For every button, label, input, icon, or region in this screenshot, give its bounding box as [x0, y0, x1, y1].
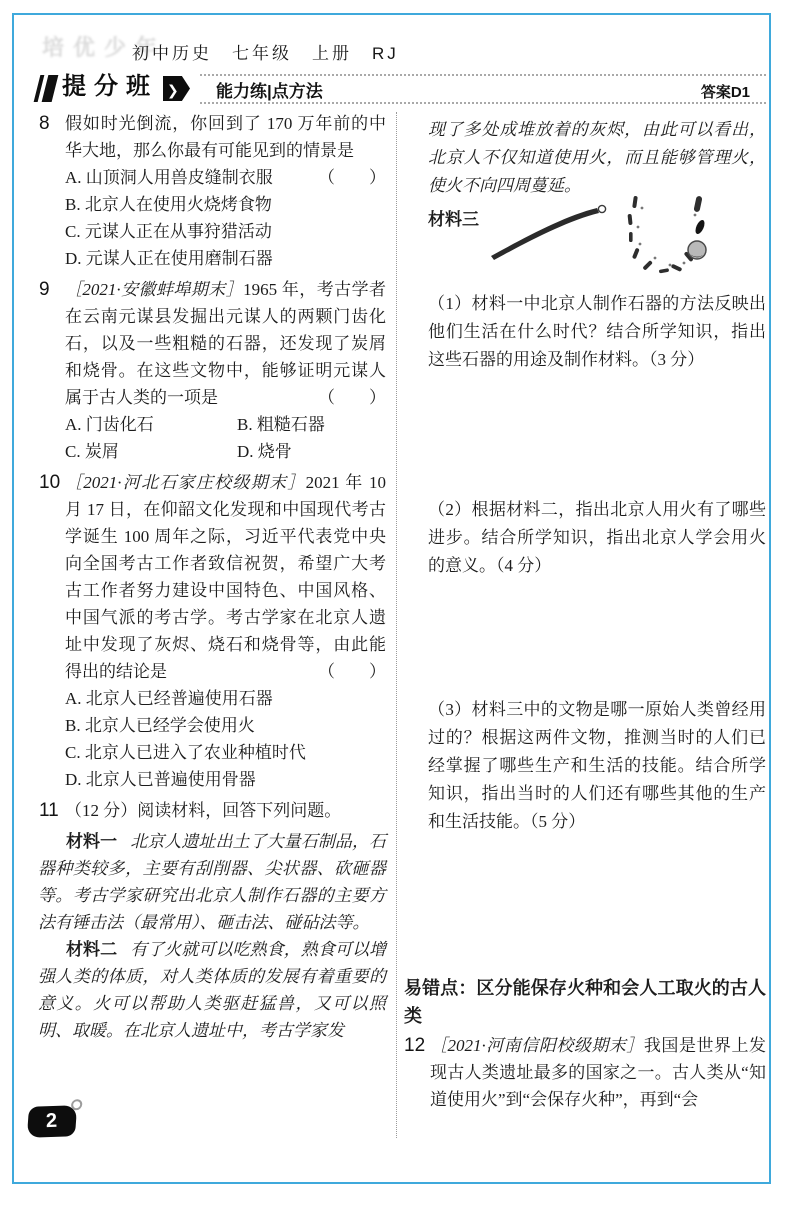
option-item: B. 北京人已经学会使用火: [65, 712, 386, 739]
question-stem: ［2021·河北石家庄校级期末］2021 年 10 月 17 日，在仰韶文化发现…: [65, 469, 386, 685]
question-10: 10 ［2021·河北石家庄校级期末］2021 年 10 月 17 日，在仰韶文…: [38, 469, 386, 793]
question-number: 10: [39, 469, 60, 496]
sub-question-2: （2）根据材料二，指出北京人用火有了哪些进步。结合所学知识，指出北京人学会用火的…: [428, 496, 766, 580]
error-point-heading: 易错点：区分能保存火种和会人工取火的古人类: [404, 974, 766, 1030]
question-stem: ［2021·安徽蚌埠期末］1965 年，考古学者在云南元谋县发掘出元谋人的两颗门…: [65, 276, 386, 411]
arrow-right-icon: [163, 76, 190, 101]
option-item: C. 北京人已进入了农业种植时代: [65, 739, 386, 766]
course-title: 初中历史 七年级 上册 RJ: [132, 40, 399, 67]
answer-reference: 答案D1: [701, 79, 750, 106]
left-column: 8 假如时光倒流，你回到了 170 万年前的中华大地，那么你最有可能见到的情景是…: [38, 110, 386, 1044]
question-stem: 假如时光倒流，你回到了 170 万年前的中华大地，那么你最有可能见到的情景是（ …: [65, 110, 386, 164]
dotted-rule: [200, 74, 766, 76]
question-stem: ［2021·河南信阳校级期末］我国是世界上发现古人类遗址最多的国家之一。古人类从…: [430, 1032, 766, 1113]
bone-needle-image: [488, 200, 614, 262]
sub-question-3: （3）材料三中的文物是哪一原始人类曾经用过的？根据这两件文物，推测当时的人们已经…: [428, 696, 766, 836]
question-number: 8: [39, 110, 50, 137]
option-item: A. 北京人已经普遍使用石器: [65, 685, 386, 712]
sub-question-1: （1）材料一中北京人制作石器的方法反映出他们生活在什么时代？结合所学知识，指出这…: [428, 290, 766, 374]
banner-brand-title: 提分班: [62, 73, 158, 100]
question-11: 11 （12 分）阅读材料，回答下列问题。: [38, 797, 386, 824]
option-item: C. 炭屑: [65, 438, 237, 465]
question-source: ［2021·安徽蚌埠期末］: [65, 280, 243, 299]
option-item: D. 北京人已普遍使用骨器: [65, 766, 386, 793]
option-item: C. 元谋人正在从事狩猎活动: [65, 218, 386, 245]
question-number: 11: [39, 797, 59, 824]
question-source: ［2021·河北石家庄校级期末］: [65, 473, 306, 492]
option-item: A. 门齿化石: [65, 411, 237, 438]
ornament-necklace-image: [618, 194, 712, 284]
question-8: 8 假如时光倒流，你回到了 170 万年前的中华大地，那么你最有可能见到的情景是…: [38, 110, 386, 272]
stem-text: 假如时光倒流，你回到了 170 万年前的中华大地，那么你最有可能见到的情景是: [65, 114, 386, 160]
material-label: 材料一: [66, 832, 117, 851]
question-source: ［2021·河南信阳校级期末］: [430, 1036, 644, 1055]
question-number: 12: [404, 1032, 425, 1059]
question-number: 9: [39, 276, 50, 303]
page-number: 2: [46, 1108, 58, 1135]
option-item: B. 北京人在使用火烧烤食物: [65, 191, 386, 218]
option-item: B. 粗糙石器: [237, 411, 386, 438]
option-item: D. 元谋人正在使用磨制石器: [65, 245, 386, 272]
material-one: 材料一北京人遗址出土了大量石制品，石器种类较多，主要有刮削器、尖状器、砍砸器等。…: [38, 828, 386, 936]
answer-bracket: （ ）: [318, 164, 386, 191]
stem-text: 2021 年 10 月 17 日，在仰韶文化发现和中国现代考古学诞生 100 周…: [65, 473, 386, 681]
banner-module-title: 能力练|点方法: [216, 78, 323, 105]
right-column: 现了多处成堆放着的灰烬，由此可以看出，北京人不仅知道使用火，而且能够管理火，使火…: [404, 110, 766, 1155]
material-two: 材料二有了火就可以吃熟食，熟食可以增强人类的体质，对人类体质的发展有着重要的意义…: [38, 936, 386, 1044]
section-banner: 提分班 能力练|点方法 答案D1: [0, 70, 790, 112]
page-number-badge: 2: [27, 1105, 77, 1138]
material-two-continued: 现了多处成堆放着的灰烬，由此可以看出，北京人不仅知道使用火，而且能够管理火，使火…: [428, 116, 766, 200]
question-9: 9 ［2021·安徽蚌埠期末］1965 年，考古学者在云南元谋县发掘出元谋人的两…: [38, 276, 386, 465]
option-grid: A. 门齿化石 B. 粗糙石器 C. 炭屑 D. 烧骨: [65, 411, 386, 465]
answer-bracket: （ ）: [318, 384, 386, 411]
material-label: 材料二: [66, 940, 117, 959]
question-stem: （12 分）阅读材料，回答下列问题。: [65, 797, 386, 824]
column-divider: [396, 112, 397, 1138]
brand-stripe-icon: [42, 75, 59, 102]
option-item: D. 烧骨: [237, 438, 386, 465]
answer-bracket: （ ）: [318, 658, 386, 685]
question-12: 12 ［2021·河南信阳校级期末］我国是世界上发现古人类遗址最多的国家之一。古…: [404, 1032, 766, 1113]
